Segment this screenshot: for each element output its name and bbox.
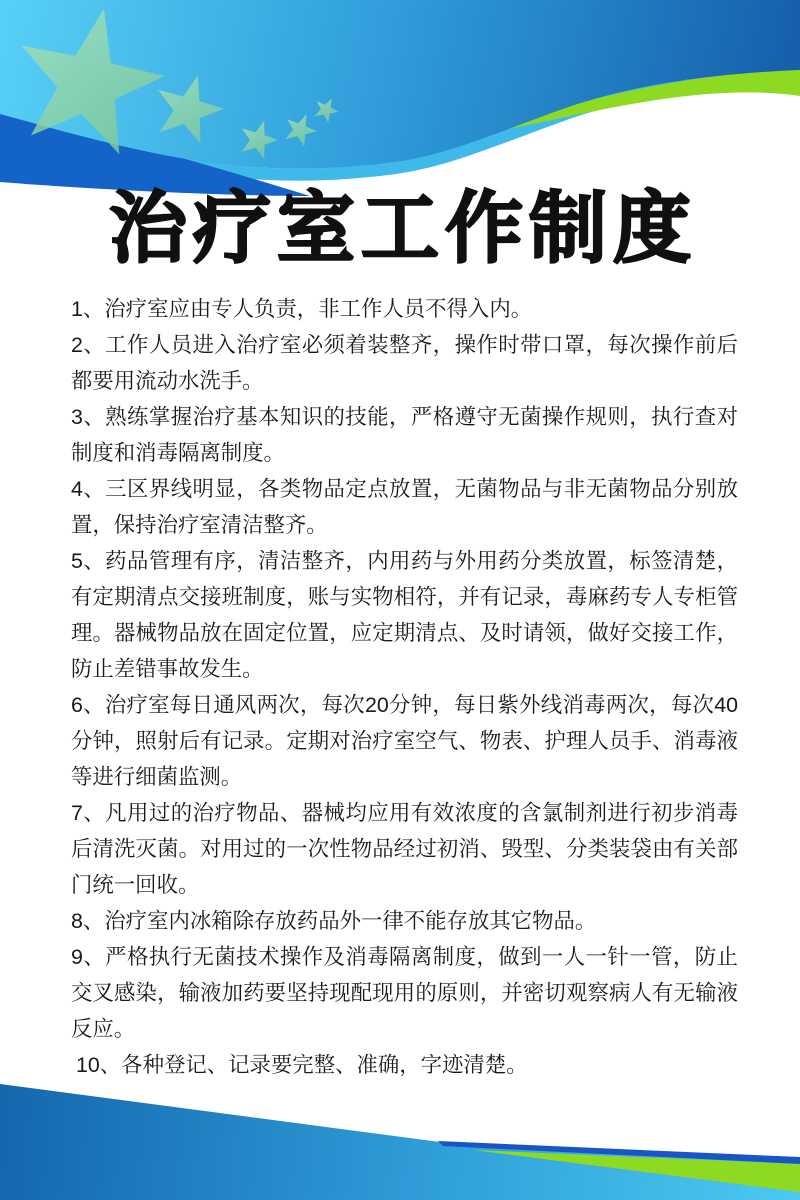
rule-item-4: 4、三区界线明显，各类物品定点放置，无菌物品与非无菌物品分别放置，保持治疗室清洁… bbox=[71, 471, 738, 543]
rule-item-7: 7、凡用过的治疗物品、器械均应用有效浓度的含氯制剂进行初步消毒后清洗灭菌。对用过… bbox=[71, 795, 738, 903]
rule-item-6: 6、治疗室每日通风两次，每次20分钟，每日紫外线消毒两次，每次40分钟，照射后有… bbox=[71, 687, 738, 795]
rule-item-1: 1、治疗室应由专人负责，非工作人员不得入内。 bbox=[71, 291, 738, 327]
rules-list: 1、治疗室应由专人负责，非工作人员不得入内。 2、工作人员进入治疗室必须着装整齐… bbox=[71, 291, 738, 1083]
footer-decoration bbox=[0, 1080, 800, 1200]
rule-item-9: 9、严格执行无菌技术操作及消毒隔离制度，做到一人一针一管，防止交叉感染，输液加药… bbox=[71, 939, 738, 1047]
footer-blue-band bbox=[0, 1084, 800, 1200]
poster-title: 治疗室工作制度 bbox=[0, 186, 800, 270]
rule-item-3: 3、熟练掌握治疗基本知识的技能，严格遵守无菌操作规则，执行查对制度和消毒隔离制度… bbox=[71, 399, 738, 471]
poster-page: 治疗室工作制度 1、治疗室应由专人负责，非工作人员不得入内。 2、工作人员进入治… bbox=[0, 0, 800, 1200]
rule-item-8: 8、治疗室内冰箱除存放药品外一律不能存放其它物品。 bbox=[71, 903, 738, 939]
rule-item-5: 5、药品管理有序，清洁整齐，内用药与外用药分类放置，标签清楚，有定期清点交接班制… bbox=[71, 543, 738, 687]
rule-item-2: 2、工作人员进入治疗室必须着装整齐，操作时带口罩，每次操作前后都要用流动水洗手。 bbox=[71, 327, 738, 399]
rule-item-10: 10、各种登记、记录要完整、准确，字迹清楚。 bbox=[71, 1047, 738, 1083]
